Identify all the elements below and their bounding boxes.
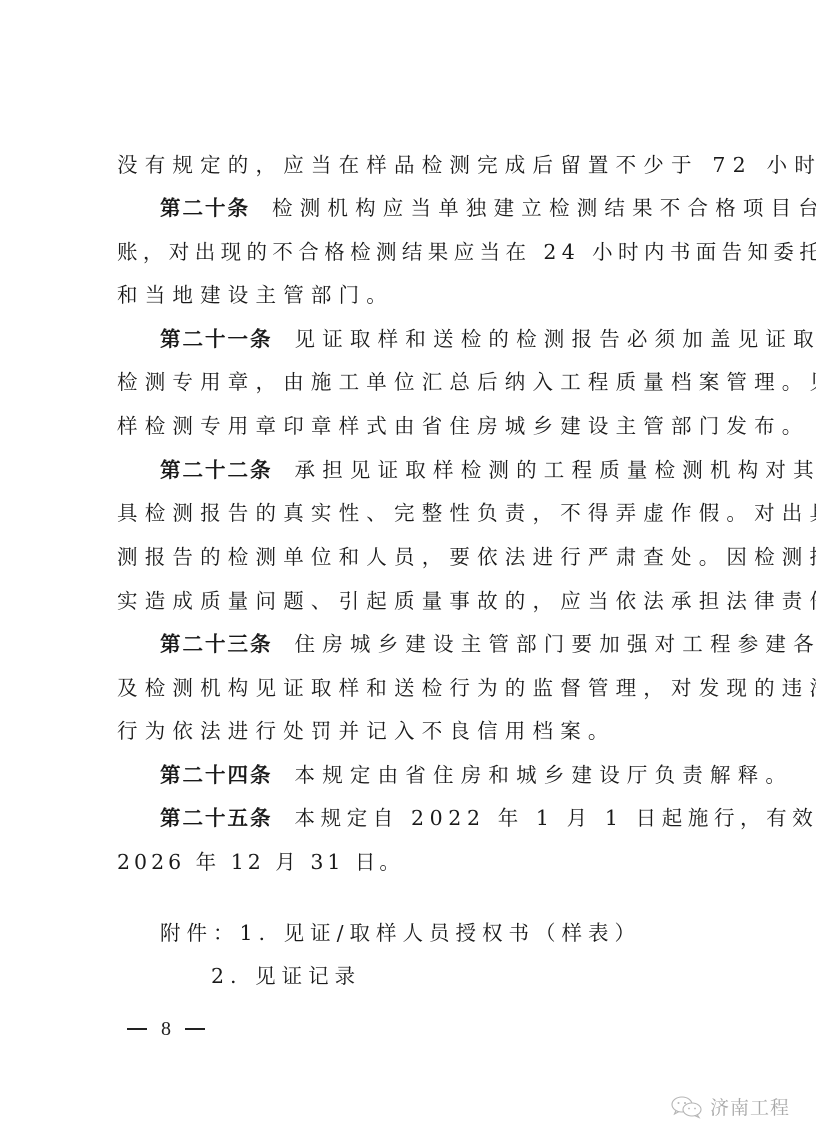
attachment-item: 2. 见证记录 bbox=[211, 964, 361, 988]
page-number-value: 8 bbox=[161, 1016, 171, 1042]
paragraph-text: 见证取样和送检的检测报告必须加盖见证取样 bbox=[295, 327, 816, 351]
article-25: 第二十五条本规定自 2022 年 1 月 1 日起施行，有效期至 bbox=[160, 803, 701, 833]
article-heading: 第二十一条 bbox=[160, 327, 273, 351]
article-heading: 第二十四条 bbox=[160, 763, 273, 787]
article-heading: 第二十三条 bbox=[160, 632, 273, 656]
document-page: 没有规定的，应当在样品检测完成后留置不少于 72 小时。 第二十条检测机构应当单… bbox=[0, 0, 816, 1145]
article-heading: 第二十五条 bbox=[160, 806, 273, 830]
paragraph-text: 本规定自 2022 年 1 月 1 日起施行，有效期至 bbox=[295, 806, 816, 830]
wechat-icon bbox=[670, 1095, 704, 1119]
paragraph-line: 及检测机构见证取样和送检行为的监督管理，对发现的违法违规 bbox=[117, 673, 701, 703]
article-22: 第二十二条承担见证取样检测的工程质量检测机构对其出 bbox=[160, 455, 701, 485]
paragraph-text: 住房城乡建设主管部门要加强对工程参建各方 bbox=[295, 632, 816, 656]
paragraph-line: 具检测报告的真实性、完整性负责，不得弄虚作假。对出具虚假检 bbox=[117, 498, 701, 528]
paragraph-line: 实造成质量问题、引起质量事故的，应当依法承担法律责任。 bbox=[117, 586, 701, 616]
article-21: 第二十一条见证取样和送检的检测报告必须加盖见证取样 bbox=[160, 324, 701, 354]
paragraph-text: 样检测专用章印章样式由省住房城乡建设主管部门发布。 bbox=[117, 414, 810, 438]
paragraph-line: 测报告的检测单位和人员，要依法进行严肃查处。因检测报告不 bbox=[117, 542, 701, 572]
paragraph-line: 和当地建设主管部门。 bbox=[117, 280, 701, 310]
paragraph-continuation: 没有规定的，应当在样品检测完成后留置不少于 72 小时。 bbox=[117, 150, 701, 180]
paragraph-text: 和当地建设主管部门。 bbox=[117, 283, 394, 307]
article-heading: 第二十二条 bbox=[160, 458, 273, 482]
dash-left bbox=[127, 1028, 147, 1030]
paragraph-text: 检测专用章，由施工单位汇总后纳入工程质量档案管理。见证取 bbox=[117, 370, 816, 394]
attachment-line: 2. 见证记录 bbox=[211, 961, 795, 991]
paragraph-text: 测报告的检测单位和人员，要依法进行严肃查处。因检测报告不 bbox=[117, 545, 816, 569]
paragraph-text: 承担见证取样检测的工程质量检测机构对其出 bbox=[295, 458, 816, 482]
attachments-list: 附件：1. 见证/取样人员授权书（样表） bbox=[160, 918, 744, 948]
article-20: 第二十条检测机构应当单独建立检测结果不合格项目台 bbox=[160, 193, 701, 223]
paragraph-text: 实造成质量问题、引起质量事故的，应当依法承担法律责任。 bbox=[117, 589, 816, 613]
paragraph-text: 本规定由省住房和城乡建设厅负责解释。 bbox=[295, 763, 794, 787]
paragraph-text: 2026 年 12 月 31 日。 bbox=[117, 850, 404, 874]
attachment-item: 1. 见证/取样人员授权书（样表） bbox=[240, 921, 641, 945]
paragraph-line: 检测专用章，由施工单位汇总后纳入工程质量档案管理。见证取 bbox=[117, 367, 701, 397]
dash-right bbox=[185, 1028, 205, 1030]
paragraph-line: 样检测专用章印章样式由省住房城乡建设主管部门发布。 bbox=[117, 411, 701, 441]
page-number: 8 bbox=[127, 1016, 205, 1042]
paragraph-line: 2026 年 12 月 31 日。 bbox=[117, 847, 701, 877]
paragraph-text: 检测机构应当单独建立检测结果不合格项目台 bbox=[272, 196, 816, 220]
paragraph-text: 具检测报告的真实性、完整性负责，不得弄虚作假。对出具虚假检 bbox=[117, 501, 816, 525]
article-23: 第二十三条住房城乡建设主管部门要加强对工程参建各方 bbox=[160, 629, 701, 659]
paragraph-text: 没有规定的，应当在样品检测完成后留置不少于 72 小时。 bbox=[117, 153, 816, 177]
paragraph-line: 行为依法进行处罚并记入不良信用档案。 bbox=[117, 716, 701, 746]
attachments-label: 附件： bbox=[160, 921, 240, 945]
watermark: 济南工程 bbox=[670, 1093, 790, 1120]
paragraph-text: 行为依法进行处罚并记入不良信用档案。 bbox=[117, 719, 616, 743]
article-24: 第二十四条本规定由省住房和城乡建设厅负责解释。 bbox=[160, 760, 701, 790]
paragraph-text: 及检测机构见证取样和送检行为的监督管理，对发现的违法违规 bbox=[117, 676, 816, 700]
paragraph-line: 账，对出现的不合格检测结果应当在 24 小时内书面告知委托单位 bbox=[117, 237, 701, 267]
paragraph-text: 账，对出现的不合格检测结果应当在 24 小时内书面告知委托单位 bbox=[117, 240, 816, 264]
article-heading: 第二十条 bbox=[160, 196, 250, 220]
watermark-text: 济南工程 bbox=[710, 1093, 790, 1120]
